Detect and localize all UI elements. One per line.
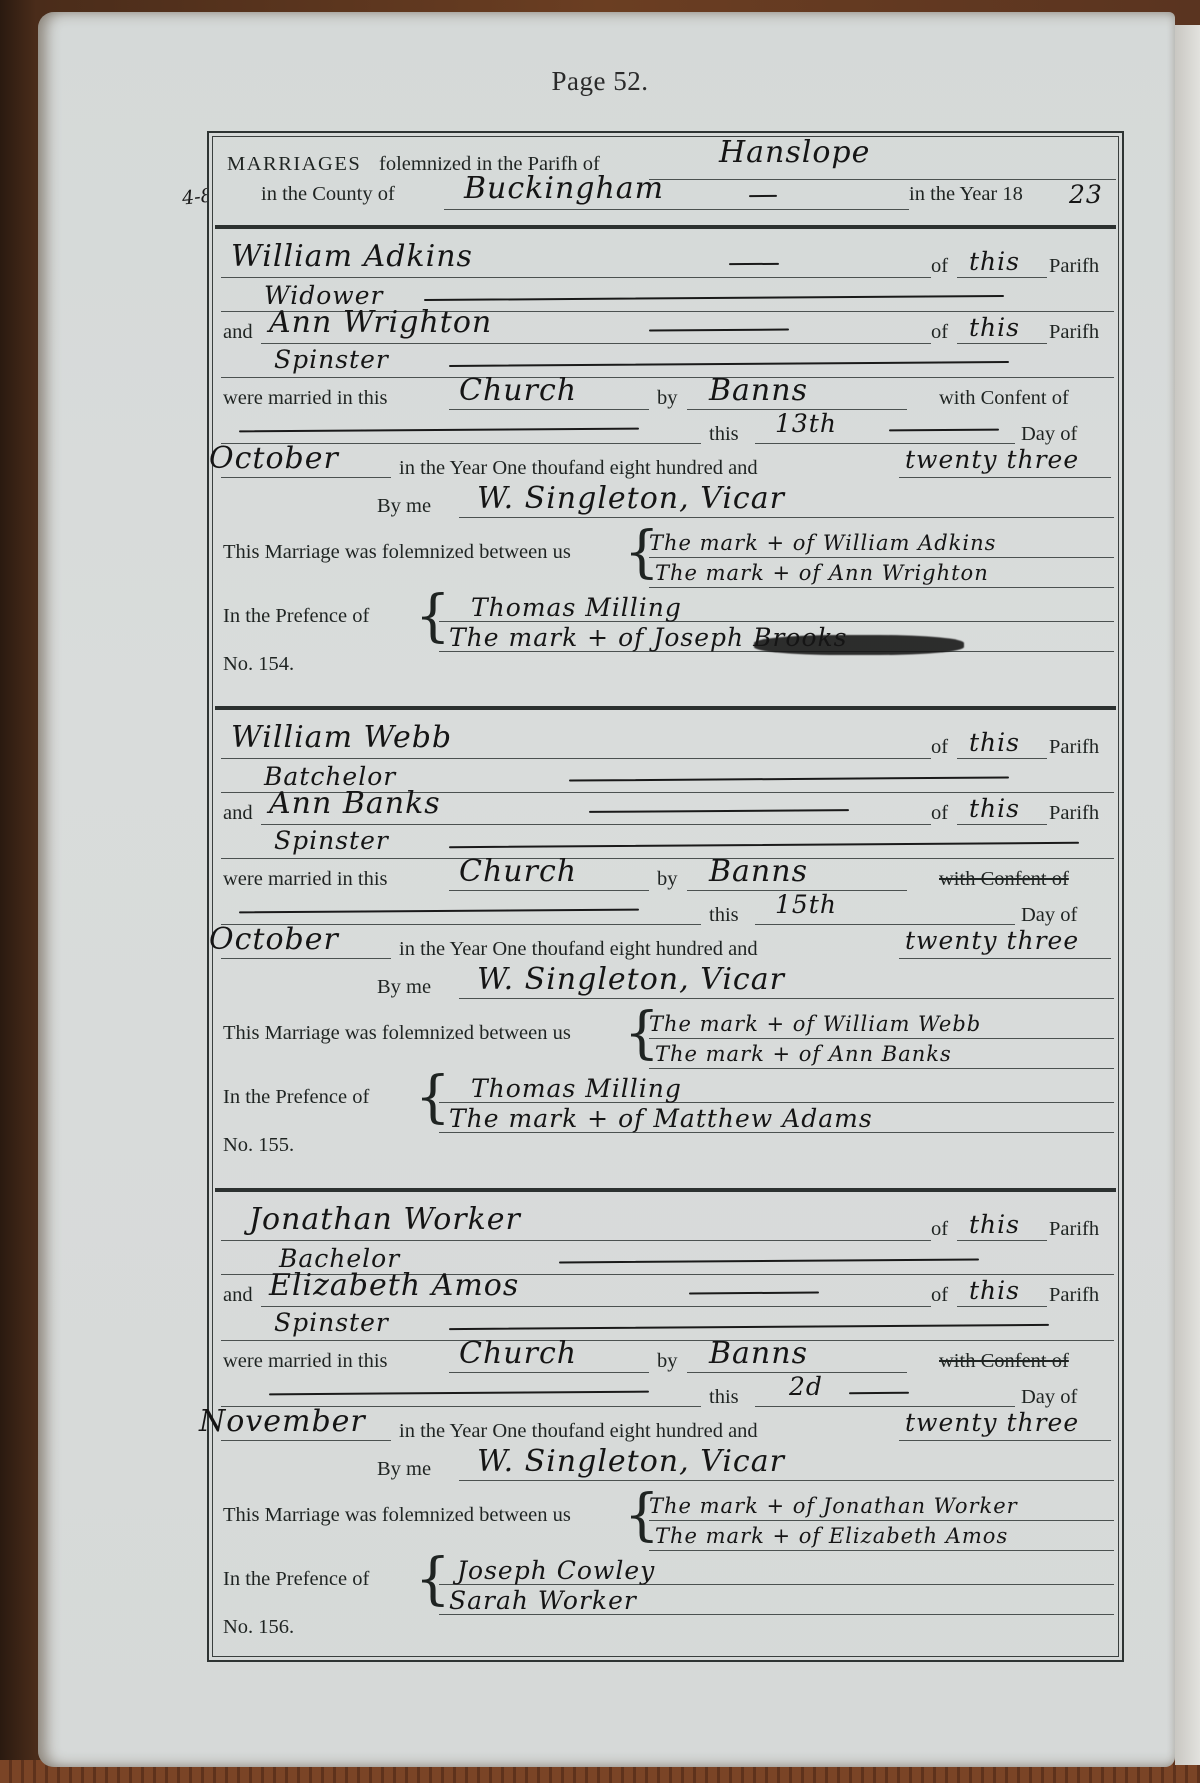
- groom-name: William Webb: [231, 720, 452, 755]
- groom-signature: The mark + of William Adkins: [649, 531, 996, 555]
- by-label: by: [657, 387, 678, 410]
- marriage-method: Banns: [709, 373, 808, 408]
- bride-parish: this: [969, 794, 1020, 823]
- this-label: this: [709, 423, 739, 446]
- presence-label: In the Prefence of: [223, 1086, 369, 1109]
- bride-status: Spinster: [274, 345, 389, 374]
- marriage-year-words: twenty three: [905, 1408, 1079, 1437]
- ink-blot: [754, 635, 964, 655]
- with-consent-label: with Confent of: [939, 387, 1069, 410]
- parish-label: Parifh: [1049, 802, 1099, 825]
- solemnized-label: This Marriage was folemnized between us: [223, 1022, 571, 1045]
- marriage-method: Banns: [709, 854, 808, 889]
- groom-parish: this: [969, 728, 1020, 757]
- header-year-label: in the Year 18: [909, 183, 1023, 206]
- by-me-label: By me: [377, 976, 431, 999]
- with-consent-label: with Confent of: [939, 1350, 1069, 1373]
- officiant: W. Singleton, Vicar: [477, 481, 785, 516]
- county-dash: [749, 195, 777, 197]
- header-parish-value: Hanslope: [719, 135, 870, 170]
- bride-parish: this: [969, 1276, 1020, 1305]
- solemnized-label: This Marriage was folemnized between us: [223, 541, 571, 564]
- day-of-label: Day of: [1021, 904, 1077, 927]
- marriage-month: October: [209, 441, 339, 476]
- marriage-year-words: twenty three: [905, 445, 1079, 474]
- by-me-label: By me: [377, 495, 431, 518]
- of-label: of: [931, 1218, 948, 1241]
- entry-number: No. 155.: [223, 1134, 294, 1157]
- in-the-year-label: in the Year One thoufand eight hundred a…: [399, 457, 758, 480]
- solemnized-label: This Marriage was folemnized between us: [223, 1504, 571, 1527]
- marriage-day: 13th: [775, 409, 837, 438]
- and-label: and: [223, 1284, 253, 1307]
- of-label: of: [931, 255, 948, 278]
- presence-label: In the Prefence of: [223, 605, 369, 628]
- bride-name: Ann Banks: [269, 786, 441, 821]
- groom-parish: this: [969, 1210, 1020, 1239]
- and-label: and: [223, 321, 253, 344]
- day-of-label: Day of: [1021, 1386, 1077, 1409]
- witness-2: The mark + of Matthew Adams: [449, 1104, 873, 1133]
- marriage-month: November: [199, 1404, 366, 1439]
- groom-signature: The mark + of William Webb: [649, 1012, 981, 1036]
- witness-2: Sarah Worker: [449, 1586, 637, 1615]
- header-county-value: Buckingham: [464, 171, 664, 206]
- were-married-label: were married in this: [223, 1350, 388, 1373]
- marriage-day: 15th: [775, 890, 837, 919]
- marriage-entry-155: William Webb of this Parifh Batchelor an…: [209, 710, 1122, 1190]
- this-label: this: [709, 904, 739, 927]
- parish-label: Parifh: [1049, 321, 1099, 344]
- parish-label: Parifh: [1049, 736, 1099, 759]
- marriage-place: Church: [459, 373, 577, 408]
- marriage-entry-154: William Adkins of this Parifh Widower an…: [209, 229, 1122, 709]
- next-page-edge: [1175, 25, 1200, 1765]
- marriage-year-words: twenty three: [905, 926, 1079, 955]
- parish-line: [649, 179, 1116, 180]
- marriage-month: October: [209, 922, 339, 957]
- bride-status: Spinster: [274, 1308, 389, 1337]
- this-label: this: [709, 1386, 739, 1409]
- page-title: Page 52.: [0, 66, 1200, 97]
- in-the-year-label: in the Year One thoufand eight hundred a…: [399, 1420, 758, 1443]
- witness-1: Joseph Cowley: [457, 1556, 655, 1585]
- bride-signature: The mark + of Elizabeth Amos: [655, 1524, 1008, 1548]
- day-of-label: Day of: [1021, 423, 1077, 446]
- entry-number: No. 154.: [223, 653, 294, 676]
- of-label: of: [931, 736, 948, 759]
- witness-1: Thomas Milling: [471, 1074, 682, 1103]
- header-county-label: in the County of: [261, 183, 395, 206]
- in-the-year-label: in the Year One thoufand eight hundred a…: [399, 938, 758, 961]
- bride-status: Spinster: [274, 826, 389, 855]
- bride-signature: The mark + of Ann Wrighton: [655, 561, 989, 585]
- bride-signature: The mark + of Ann Banks: [655, 1042, 952, 1066]
- groom-name: William Adkins: [231, 239, 473, 274]
- parish-label: Parifh: [1049, 1218, 1099, 1241]
- by-label: by: [657, 1350, 678, 1373]
- county-line: [444, 209, 909, 210]
- bride-name: Ann Wrighton: [269, 305, 492, 340]
- by-label: by: [657, 868, 678, 891]
- were-married-label: were married in this: [223, 387, 388, 410]
- marriage-place: Church: [459, 854, 577, 889]
- of-label: of: [931, 802, 948, 825]
- brace-icon: {: [415, 1070, 451, 1126]
- marriage-method: Banns: [709, 1336, 808, 1371]
- witness-1: Thomas Milling: [471, 593, 682, 622]
- parish-label: Parifh: [1049, 255, 1099, 278]
- were-married-label: were married in this: [223, 868, 388, 891]
- and-label: and: [223, 802, 253, 825]
- of-label: of: [931, 321, 948, 344]
- bride-parish: this: [969, 313, 1020, 342]
- parish-label: Parifh: [1049, 1284, 1099, 1307]
- officiant: W. Singleton, Vicar: [477, 1444, 785, 1479]
- groom-parish: this: [969, 247, 1020, 276]
- header-year-value: 23: [1069, 180, 1103, 209]
- marriage-day: 2d: [789, 1372, 823, 1401]
- marriage-entry-156: Jonathan Worker of this Parifh Bachelor …: [209, 1192, 1122, 1672]
- by-me-label: By me: [377, 1458, 431, 1481]
- brace-icon: {: [415, 589, 451, 645]
- officiant: W. Singleton, Vicar: [477, 962, 785, 997]
- entry-number: No. 156.: [223, 1616, 294, 1639]
- header-marriages-label: MARRIAGES: [227, 153, 361, 176]
- brace-icon: {: [415, 1552, 451, 1608]
- with-consent-label: with Confent of: [939, 868, 1069, 891]
- presence-label: In the Prefence of: [223, 1568, 369, 1591]
- marriage-place: Church: [459, 1336, 577, 1371]
- marriage-register-form: MARRIAGES folemnized in the Parifh of Ha…: [207, 131, 1124, 1662]
- groom-signature: The mark + of Jonathan Worker: [649, 1494, 1018, 1518]
- of-label: of: [931, 1284, 948, 1307]
- groom-name: Jonathan Worker: [249, 1202, 521, 1237]
- bride-name: Elizabeth Amos: [269, 1268, 519, 1303]
